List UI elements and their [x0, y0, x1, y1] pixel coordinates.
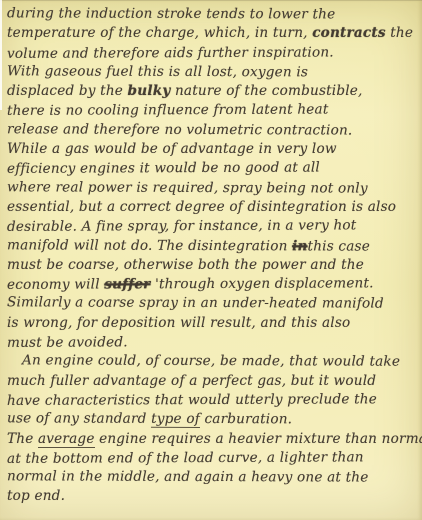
handwriting-line: manifold will not do. The disintegration… [7, 236, 417, 257]
handwriting-text: much fuller advantage of a perfect gas, … [7, 373, 376, 389]
handwriting-text: The [7, 431, 38, 447]
handwriting-text: 'through oxygen displacement. [150, 275, 373, 292]
handwriting-line: at the bottom end of the load curve, a l… [7, 448, 417, 469]
handwriting-lines: during the induction stroke tends to low… [7, 5, 417, 507]
handwriting-text: use of any standard [7, 411, 151, 428]
handwriting-line: during the induction stroke tends to low… [7, 4, 417, 25]
handwriting-text: normal in the middle, and again a heavy … [7, 468, 369, 485]
handwriting-text: must be coarse, otherwise both the power… [7, 257, 364, 273]
handwriting-line: there is no cooling influence from laten… [7, 101, 417, 122]
handwriting-text: carburation. [200, 411, 292, 427]
handwriting-line: must be coarse, otherwise both the power… [7, 256, 417, 275]
handwriting-line: where real power is required, spray bein… [7, 178, 417, 199]
handwriting-text: displaced by the [7, 83, 128, 99]
handwriting-text: release and therefore no volumetric cont… [7, 121, 353, 138]
handwriting-text: is wrong, for deposition will result, an… [7, 315, 350, 331]
handwriting-text: temperature of the charge, which, in tur… [7, 25, 312, 41]
handwriting-line: displaced by the bulky nature of the com… [7, 82, 417, 101]
handwriting-line: With gaseous fuel this is all lost, oxyg… [7, 62, 417, 83]
handwriting-line: normal in the middle, and again a heavy … [7, 467, 417, 488]
handwriting-text: there is no cooling influence from laten… [7, 102, 329, 119]
handwriting-text: this case [308, 238, 370, 254]
handwriting-text: efficiency engines it would be no good a… [7, 160, 320, 177]
handwriting-line: The average engine requires a heavier mi… [7, 430, 417, 449]
handwriting-line: much fuller advantage of a perfect gas, … [7, 372, 417, 391]
handwriting-line: must be avoided. [7, 332, 417, 353]
handwriting-text: top end. [7, 488, 65, 504]
handwriting-text: economy will [7, 277, 104, 293]
underlined-text: type of [151, 411, 200, 428]
overwritten-text: contracts [312, 25, 386, 41]
handwriting-line: have characteristics that would utterly … [7, 390, 417, 411]
struck-out-text: suffer [104, 276, 150, 292]
handwriting-line: temperature of the charge, which, in tur… [7, 24, 417, 43]
handwriting-text: An engine could, of course, be made, tha… [22, 353, 400, 370]
handwriting-text: essential, but a correct degree of disin… [7, 199, 396, 215]
handwriting-line: economy will suffer 'through oxygen disp… [7, 274, 417, 295]
handwriting-line: An engine could, of course, be made, tha… [7, 352, 417, 373]
handwriting-line: essential, but a correct degree of disin… [7, 198, 417, 217]
handwriting-line: is wrong, for deposition will result, an… [7, 314, 417, 333]
struck-out-text: in [292, 238, 308, 254]
handwriting-text: nature of the combustible, [170, 83, 362, 99]
handwriting-text: engine requires a heavier mixture than n… [95, 431, 422, 447]
handwriting-line: Similarly a coarse spray in an under-hea… [7, 294, 417, 315]
handwriting-text: volume and therefore aids further inspir… [7, 44, 334, 61]
paper-page: during the induction stroke tends to low… [0, 0, 422, 520]
handwriting-line: top end. [7, 487, 417, 506]
handwriting-text: With gaseous fuel this is all lost, oxyg… [7, 63, 308, 80]
handwriting-text: While a gas would be of advantage in ver… [7, 141, 337, 157]
handwriting-line: use of any standard type of carburation. [7, 410, 417, 431]
handwriting-text: must be avoided. [7, 334, 128, 351]
handwriting-line: efficiency engines it would be no good a… [7, 158, 417, 179]
handwriting-text: at the bottom end of the load curve, a l… [7, 449, 364, 467]
handwriting-text: desirable. A fine spray, for instance, i… [7, 218, 357, 236]
handwriting-text: the [386, 25, 413, 41]
handwriting-text: manifold will not do. The disintegration [7, 237, 292, 254]
paper-edge [0, 0, 2, 110]
handwriting-line: release and therefore no volumetric cont… [7, 120, 417, 141]
handwriting-line: volume and therefore aids further inspir… [7, 43, 417, 64]
overwritten-text: bulky [128, 83, 171, 99]
handwriting-text: during the induction stroke tends to low… [7, 5, 335, 22]
handwriting-text: Similarly a coarse spray in an under-hea… [7, 295, 384, 312]
handwriting-line: While a gas would be of advantage in ver… [7, 140, 417, 159]
underlined-text: average [38, 431, 95, 448]
handwriting-text: have characteristics that would utterly … [7, 391, 377, 409]
handwriting-line: desirable. A fine spray, for instance, i… [7, 216, 417, 237]
handwriting-text: where real power is required, spray bein… [7, 179, 368, 196]
